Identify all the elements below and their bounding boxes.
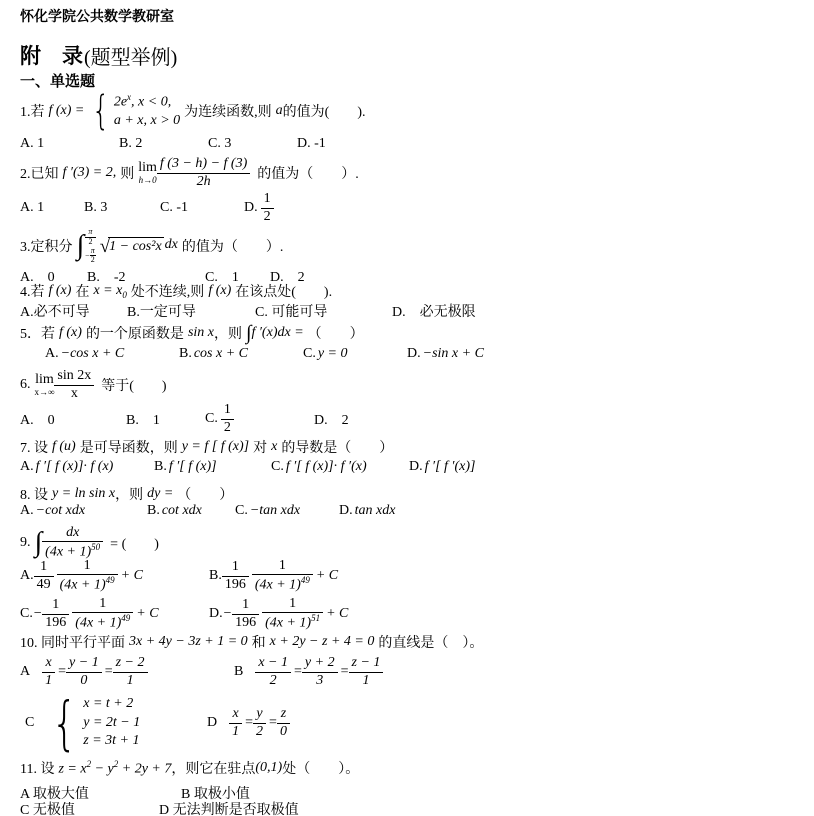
- denominator: 0: [66, 673, 102, 689]
- option-a: A.f ′[ f (x)]· f (x): [20, 459, 150, 475]
- question-5-stem: 5．若 f (x) 的一个原函数是 sin x ，则 ∫ f ′(x)dx = …: [20, 320, 364, 346]
- fraction: f (3 − h) − f (3) 2h: [157, 156, 250, 189]
- option-d: D.−sin x + C: [407, 346, 484, 362]
- text-run: 则: [120, 163, 134, 183]
- text-run: 在: [75, 281, 89, 301]
- numerator: 1: [221, 402, 234, 419]
- math-run: , x < 0,: [131, 94, 171, 109]
- fraction: 1(4x + 1)49: [252, 558, 313, 594]
- denominator: 196: [222, 577, 249, 593]
- numerator: x: [229, 706, 242, 723]
- option-a: A.−cot xdx: [20, 503, 143, 519]
- text-run: 3.定积分: [20, 236, 73, 256]
- text-run: 处（ ）。: [282, 758, 359, 778]
- integral-sign: ∫: [77, 232, 85, 260]
- math-run: 3x + 4y − 3z + 1 = 0: [129, 634, 248, 650]
- option-label: C.: [235, 503, 248, 518]
- denominator: 2: [253, 724, 266, 740]
- option-c: C. 3: [208, 136, 293, 152]
- math-run: x + 2y − z + 4 = 0: [270, 634, 375, 650]
- piecewise-row: 2ex, x < 0,: [114, 91, 180, 113]
- text-run: 1.若: [20, 101, 45, 121]
- subscript: 0: [122, 289, 127, 299]
- denominator: (4x + 1)49: [57, 575, 118, 594]
- numerator: y: [253, 706, 266, 723]
- question-4-stem: 4.若 f (x) 在 x = x0 处不连续,则 f (x) 在该点处( ).: [20, 281, 332, 301]
- numerator: 1: [262, 596, 323, 613]
- option-label: D.: [339, 503, 353, 518]
- math-run: dx: [165, 237, 178, 253]
- math-run: z = x: [58, 761, 86, 776]
- math-run: f (x): [208, 283, 231, 299]
- exponent: 50: [91, 542, 100, 552]
- denominator: 1: [113, 673, 148, 689]
- option-c: C.y = 0: [303, 346, 403, 362]
- text-run: ，则: [214, 323, 242, 343]
- question-10-stem: 10. 同时平行平面 3x + 4y − 3z + 1 = 0 和 x + 2y…: [20, 632, 483, 652]
- option-c: C. 1 2: [205, 402, 310, 435]
- fraction: 1 2: [221, 402, 234, 435]
- math-run: (0,1): [255, 760, 282, 776]
- numerator: 1: [232, 597, 259, 614]
- option-math: f ′[ f (x)]: [169, 459, 217, 474]
- math-run: x = x0: [93, 283, 126, 300]
- option-a: A.−cos x + C: [45, 346, 175, 362]
- text-run: 8. 设: [20, 484, 48, 504]
- option-math: f ′[ f (x)]· f (x): [36, 459, 114, 474]
- math-run: + 2y + 7: [118, 761, 171, 776]
- page-header: 怀化学院公共数学教研室: [20, 6, 174, 26]
- option-math: + C: [121, 568, 143, 584]
- math-run: x: [271, 439, 277, 455]
- fraction: 1(4x + 1)51: [262, 596, 323, 632]
- text-run: 7. 设: [20, 437, 48, 457]
- text-run: （ ）: [177, 484, 233, 504]
- option-d: D.− 1196 1(4x + 1)51 + C: [209, 596, 348, 632]
- option-math: cos x + C: [194, 346, 248, 361]
- question-3-stem: 3.定积分 ∫ π2 −π2 √ 1 − cos²x dx 的值为（ ）.: [20, 226, 283, 266]
- option-b: B.f ′[ f (x)]: [154, 459, 267, 475]
- denominator: (4x + 1)49: [252, 575, 313, 594]
- equals-sign: =: [105, 664, 113, 680]
- text-run: 10. 同时平行平面: [20, 632, 125, 652]
- option-a: A x1 = y − 10 = z − 21: [20, 655, 230, 688]
- equals-sign: =: [294, 664, 302, 680]
- question-2-stem: 2.已知 f ′(3) = 2, 则 lim h→0 f (3 − h) − f…: [20, 152, 359, 194]
- text-run: ，则: [115, 484, 143, 504]
- numerator: 1: [222, 559, 249, 576]
- option-math: + C: [136, 606, 158, 622]
- integral-sign: ∫: [35, 529, 43, 557]
- option-label: B.: [154, 459, 167, 474]
- option-a: A. 1: [20, 200, 80, 216]
- minus-sign: −: [33, 606, 42, 622]
- denominator: 2h: [157, 174, 250, 190]
- equals-sign: =: [269, 715, 277, 731]
- question-number: 9.: [20, 535, 31, 551]
- fraction: 1(4x + 1)49: [72, 596, 133, 632]
- option-math: y = 0: [318, 346, 348, 361]
- option-c: C.−tan xdx: [235, 503, 335, 519]
- question-9-options-row1: A. 149 1(4x + 1)49 + C B. 1196 1(4x + 1)…: [20, 556, 338, 596]
- question-number: 6.: [20, 377, 31, 393]
- numerator: 1: [72, 596, 133, 613]
- text-run: 4.若: [20, 281, 45, 301]
- denominator: 2: [221, 420, 234, 436]
- numerator: x: [42, 655, 55, 672]
- option-label: D.: [209, 606, 223, 622]
- text-run: = ( ): [110, 533, 159, 553]
- math-run: y = ln sin x: [52, 486, 115, 502]
- option-b: B. 3: [84, 200, 156, 216]
- numerator: 1: [252, 558, 313, 575]
- option-label: D.: [244, 200, 258, 216]
- denominator: 196: [232, 615, 259, 631]
- piecewise-function: { 2ex, x < 0, a + x, x > 0: [88, 91, 180, 131]
- radicand: 1 − cos²x: [108, 237, 164, 255]
- option-a: A.必不可导: [20, 301, 123, 321]
- option-d: D.f ′[ f ′(x)]: [409, 459, 475, 475]
- option-math: + C: [316, 568, 338, 584]
- denominator: 1: [229, 724, 242, 740]
- option-c: C. 可能可导: [255, 301, 388, 321]
- denominator: (4x + 1)51: [262, 613, 323, 632]
- option-b: B.cos x + C: [179, 346, 299, 362]
- math-run: f ′(3) = 2,: [63, 165, 117, 181]
- fraction: x − 12: [255, 655, 291, 688]
- option-label: D.: [409, 459, 423, 474]
- text-run: 11. 设: [20, 758, 54, 778]
- math-run: − y: [91, 761, 114, 776]
- math-run: sin x: [188, 325, 214, 341]
- option-math: + C: [326, 606, 348, 622]
- option-math: −cos x + C: [61, 346, 125, 361]
- math-run: x = x: [93, 283, 122, 298]
- math-run: f (x): [49, 283, 72, 299]
- option-c: C.− 1196 1(4x + 1)49 + C: [20, 596, 205, 632]
- option-b: B.一定可导: [127, 301, 251, 321]
- question-10-options-row1: A x1 = y − 10 = z − 21 B x − 12 = y + 23…: [20, 650, 386, 694]
- option-b: B. 1196 1(4x + 1)49 + C: [209, 558, 338, 594]
- question-11-stem: 11. 设 z = x2 − y2 + 2y + 7 ，则它在驻点 (0,1) …: [20, 758, 359, 778]
- option-label: B.: [147, 503, 160, 518]
- option-label: C.: [20, 606, 33, 622]
- question-8-stem: 8. 设 y = ln sin x ，则 dy = （ ）: [20, 484, 233, 504]
- lower-bound: −π2: [85, 247, 96, 266]
- page-title: 附 录 (题型举例): [20, 40, 177, 70]
- denominator: 0: [277, 724, 290, 740]
- math-run: f (x) =: [49, 103, 85, 119]
- exam-document-page: 怀化学院公共数学教研室 附 录 (题型举例) 一、单选题 1.若 f (x) =…: [0, 0, 814, 816]
- left-brace-glyph: {: [92, 93, 110, 129]
- system-rows: x = t + 2 y = 2t − 1 z = 3t + 1: [83, 695, 140, 752]
- question-4-options: A.必不可导 B.一定可导 C. 可能可导 D. 必无极限: [20, 301, 476, 321]
- minus-sign: −: [223, 606, 232, 622]
- text-run: 的直线是（ ）。: [378, 632, 483, 652]
- text-run: 在该点处( ).: [235, 281, 332, 301]
- question-2-options: A. 1 B. 3 C. -1 D. 1 2: [20, 190, 277, 226]
- header-text: 怀化学院公共数学教研室: [20, 6, 174, 26]
- limit-operator: lim h→0: [138, 161, 157, 185]
- math-run: dy =: [147, 486, 173, 502]
- question-10-options-row2: C { x = t + 2 y = 2t − 1 z = 3t + 1 D x1…: [25, 692, 293, 754]
- option-math: −cot xdx: [36, 503, 85, 518]
- option-math: tan xdx: [355, 503, 396, 518]
- piecewise-row: a + x, x > 0: [114, 112, 180, 131]
- math-run: (4x + 1): [265, 616, 311, 631]
- question-11-options-row2: C 无极值 D 无法判断是否取极值: [20, 799, 299, 816]
- question-5-options: A.−cos x + C B.cos x + C C.y = 0 D.−sin …: [45, 346, 484, 362]
- denominator: (4x + 1)49: [72, 613, 133, 632]
- question-9-options-row2: C.− 1196 1(4x + 1)49 + C D.− 1196 1(4x +…: [20, 594, 348, 634]
- option-d: D. -1: [297, 136, 326, 152]
- denominator: x: [54, 386, 94, 402]
- fraction: x1: [229, 706, 242, 739]
- option-a: A. 0: [20, 409, 122, 429]
- option-d: D x1 = y2 = z0: [207, 706, 293, 739]
- option-math: f ′[ f (x)]· f ′(x): [286, 459, 367, 474]
- numerator: sin 2x: [54, 368, 94, 385]
- numerator: 1: [42, 597, 69, 614]
- option-d: D. 2: [314, 409, 349, 429]
- system-row: z = 3t + 1: [83, 732, 140, 751]
- option-b: B. 1: [126, 409, 201, 429]
- fraction: 1(4x + 1)49: [57, 558, 118, 594]
- option-label: A.: [20, 459, 34, 474]
- option-label: B.: [179, 346, 192, 361]
- limit-operator: lim x→∞: [35, 373, 55, 397]
- fraction: 1196: [222, 559, 249, 592]
- option-a: A. 1: [20, 136, 115, 152]
- option-c: C { x = t + 2 y = 2t − 1 z = 3t + 1: [25, 695, 203, 752]
- equals-sign: =: [245, 715, 253, 731]
- option-c: C 无极值: [20, 799, 155, 816]
- question-6-stem: 6. lim x→∞ sin 2x x 等于( ): [20, 366, 167, 404]
- math-run: f (x): [59, 325, 82, 341]
- option-d: D. 必无极限: [392, 301, 476, 321]
- exponent: 51: [311, 613, 320, 623]
- option-label: A.: [45, 346, 59, 361]
- option-label: A.: [20, 568, 34, 584]
- text-run: 5．若: [20, 323, 55, 343]
- fraction: 149: [34, 559, 54, 592]
- fraction: z0: [277, 706, 290, 739]
- option-math: −sin x + C: [423, 346, 484, 361]
- option-label: A: [20, 664, 30, 680]
- option-label: C.: [303, 346, 316, 361]
- question-7-options: A.f ′[ f (x)]· f (x) B.f ′[ f (x)] C.f ′…: [20, 459, 475, 475]
- text-run: 等于( ): [101, 375, 166, 395]
- option-label: B: [234, 664, 243, 680]
- denominator: 49: [34, 577, 54, 593]
- option-label: A.: [20, 503, 34, 518]
- denominator: 1: [42, 673, 55, 689]
- fraction: y + 23: [302, 655, 338, 688]
- text-run: ，则它在驻点: [171, 758, 255, 778]
- option-label: C.: [271, 459, 284, 474]
- math-run: 2e: [114, 94, 127, 109]
- numerator: z: [277, 706, 290, 723]
- option-math: f ′[ f ′(x)]: [425, 459, 476, 474]
- fraction: 1196: [232, 597, 259, 630]
- numerator: z − 2: [113, 655, 148, 672]
- numerator: y + 2: [302, 655, 338, 672]
- denominator: 2: [255, 673, 291, 689]
- system-row: x = t + 2: [83, 695, 140, 714]
- upper-bound: π2: [85, 228, 96, 247]
- option-b: B x − 12 = y + 23 = z − 11: [234, 655, 386, 688]
- numerator: z − 1: [349, 655, 384, 672]
- text-run: 为连续函数,则: [184, 101, 272, 121]
- text-run: 对: [253, 437, 267, 457]
- text-run: 的一个原函数是: [86, 323, 184, 343]
- fraction: z − 11: [349, 655, 384, 688]
- lim-word: lim: [35, 373, 55, 387]
- equals-sign: =: [58, 664, 66, 680]
- option-label: B.: [209, 568, 222, 584]
- numerator: 1: [34, 559, 54, 576]
- question-8-options: A.−cot xdx B.cot xdx C.−tan xdx D.tan xd…: [20, 503, 395, 519]
- fraction: x1: [42, 655, 55, 688]
- question-1-options: A. 1 B. 2 C. 3 D. -1: [20, 136, 326, 152]
- text-run: 的值为( ).: [283, 101, 366, 121]
- piecewise-rows: 2ex, x < 0, a + x, x > 0: [114, 91, 180, 131]
- title-subtitle: (题型举例): [84, 41, 177, 70]
- integral-bounds: π2 −π2: [85, 228, 96, 264]
- math-run: f ′(x)dx =: [251, 325, 303, 341]
- option-a: A. 149 1(4x + 1)49 + C: [20, 558, 205, 594]
- numerator: x − 1: [255, 655, 291, 672]
- option-d: D.tan xdx: [339, 503, 395, 519]
- fraction: z − 21: [113, 655, 148, 688]
- option-label: C.: [205, 411, 218, 427]
- math-run: y = f [ f (x)]: [182, 439, 249, 455]
- exponent: 49: [301, 575, 310, 585]
- text-run: 和: [252, 632, 266, 652]
- numerator: 1: [57, 558, 118, 575]
- numerator: dx: [42, 525, 103, 542]
- title-main: 附 录: [20, 40, 83, 70]
- definite-integral: ∫ π2 −π2: [77, 228, 96, 264]
- question-1-stem: 1.若 f (x) = { 2ex, x < 0, a + x, x > 0 为…: [20, 88, 365, 134]
- square-root: √ 1 − cos²x dx: [100, 237, 178, 256]
- fraction: 1 2: [261, 191, 274, 224]
- numerator: 1: [261, 191, 274, 208]
- text-run: 处不连续,则: [131, 281, 205, 301]
- option-b: B. 2: [119, 136, 204, 152]
- math-run: (4x + 1): [75, 616, 121, 631]
- numerator: y − 1: [66, 655, 102, 672]
- option-c: C. -1: [160, 200, 240, 216]
- math-run: (4x + 1): [255, 578, 301, 593]
- denominator: 1: [349, 673, 384, 689]
- option-label: D: [207, 715, 217, 731]
- math-run: (4x + 1): [60, 578, 106, 593]
- lim-subscript: x→∞: [35, 388, 55, 397]
- text-run: 2.已知: [20, 163, 59, 183]
- math-run: a: [276, 103, 283, 119]
- bound-fraction: π2: [90, 247, 96, 266]
- exponent: 49: [106, 575, 115, 585]
- math-run: z = x2 − y2 + 2y + 7: [58, 759, 171, 778]
- option-label: C: [25, 715, 34, 731]
- fraction: y − 10: [66, 655, 102, 688]
- text-run: 的值为（ ）.: [257, 163, 359, 183]
- option-b: B.cot xdx: [147, 503, 231, 519]
- system-row: y = 2t − 1: [83, 714, 140, 733]
- math-run: f (u): [52, 439, 76, 455]
- denominator: 2: [261, 209, 274, 225]
- text-run: 是可导函数，则: [80, 437, 178, 457]
- parametric-system: { x = t + 2 y = 2t − 1 z = 3t + 1: [46, 695, 140, 752]
- text-run: 的导数是（ ）: [281, 437, 393, 457]
- lim-subscript: h→0: [138, 176, 157, 185]
- question-6-options: A. 0 B. 1 C. 1 2 D. 2: [20, 402, 349, 436]
- text-run: （ ）: [308, 323, 364, 343]
- fraction: sin 2x x: [54, 368, 94, 401]
- denominator: 3: [302, 673, 338, 689]
- question-7-stem: 7. 设 f (u) 是可导函数，则 y = f [ f (x)] 对 x 的导…: [20, 437, 393, 457]
- left-brace-glyph: {: [52, 697, 78, 749]
- numerator: f (3 − h) − f (3): [157, 156, 250, 173]
- option-label: D.: [407, 346, 421, 361]
- denominator: 196: [42, 615, 69, 631]
- lim-word: lim: [138, 161, 157, 175]
- option-d: D. 1 2: [244, 191, 277, 224]
- option-math: −tan xdx: [250, 503, 300, 518]
- equals-sign: =: [341, 664, 349, 680]
- denominator: 2: [90, 256, 96, 265]
- option-c: C.f ′[ f (x)]· f ′(x): [271, 459, 405, 475]
- fraction: 1196: [42, 597, 69, 630]
- option-math: cot xdx: [162, 503, 202, 518]
- text-run: 的值为（ ）.: [182, 236, 284, 256]
- option-d: D 无法判断是否取极值: [159, 799, 299, 816]
- exponent: 49: [121, 613, 130, 623]
- fraction: y2: [253, 706, 266, 739]
